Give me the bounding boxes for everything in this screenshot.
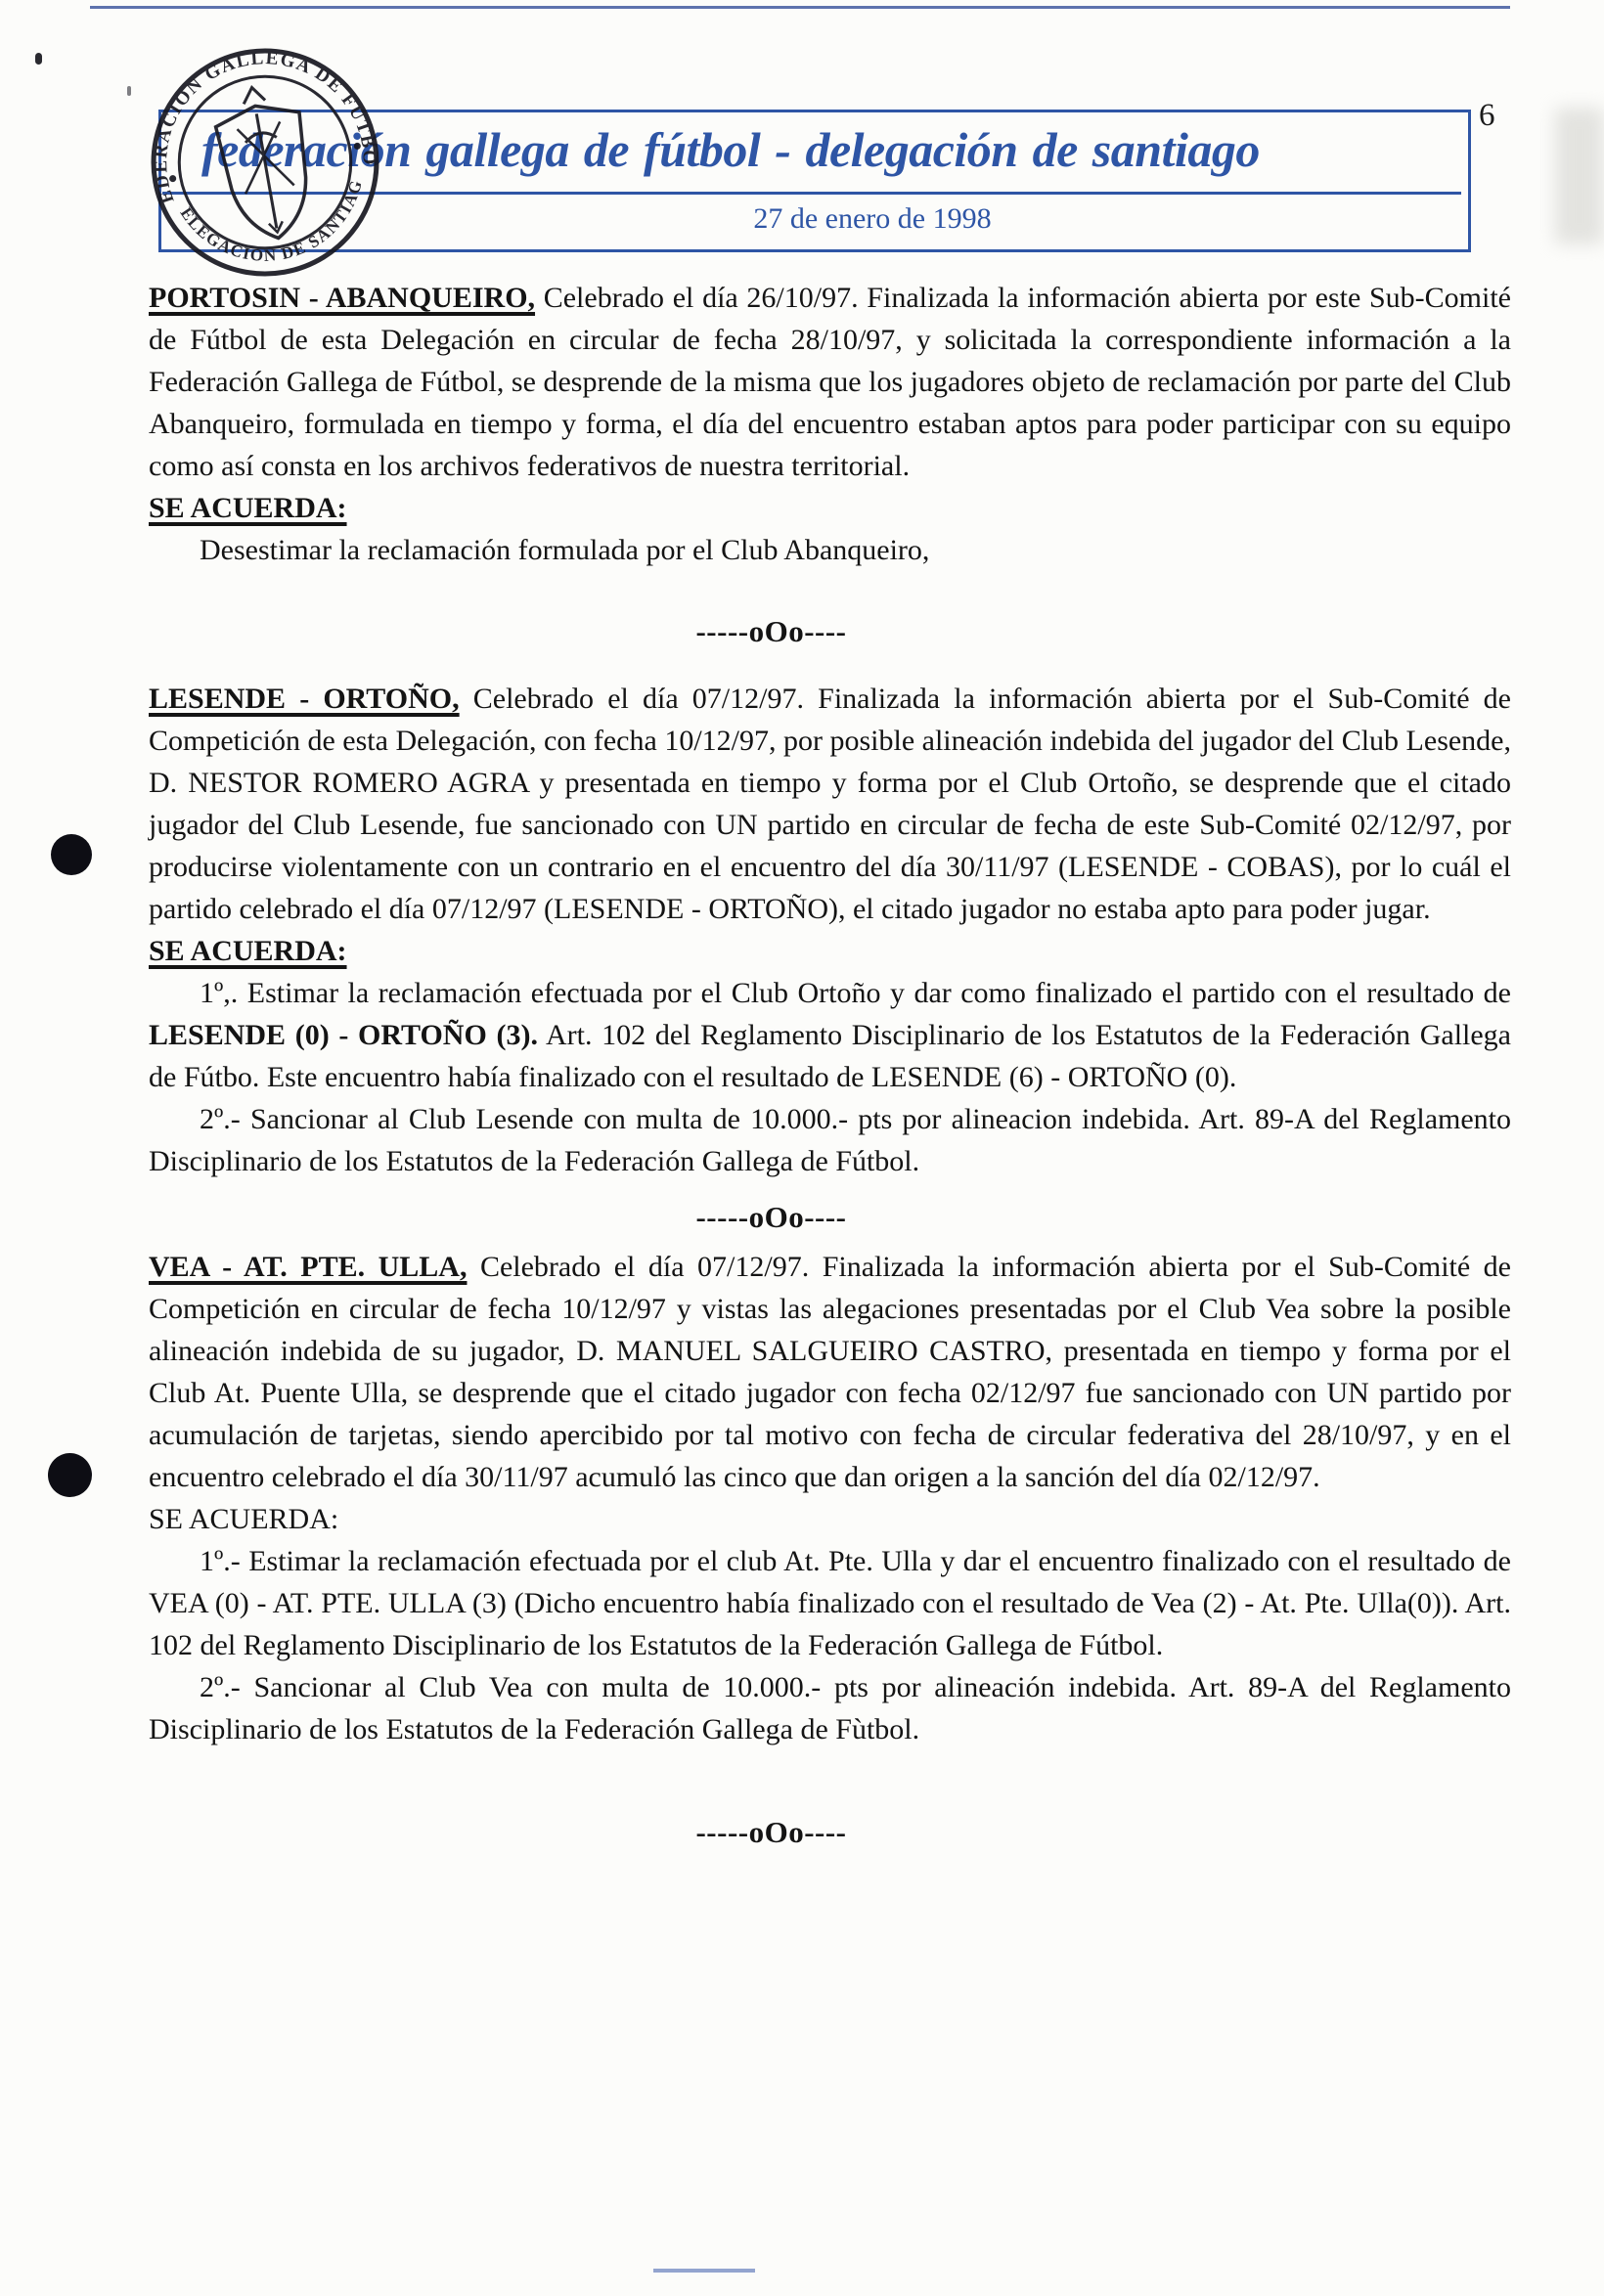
seal-shield-icon <box>210 80 321 245</box>
hole-punch-mark <box>48 1453 92 1497</box>
ooo-separator: -----oOo---- <box>695 1811 846 1853</box>
document-body: PORTOSIN - ABANQUEIRO, Celebrado el día … <box>149 277 1511 1878</box>
resolution-text: 1º,. Estimar la reclamación efectuada po… <box>200 977 1511 1009</box>
section-body-text: Celebrado el día 07/12/97. Finalizada la… <box>149 683 1511 925</box>
match-result-bold: LESENDE (0) - ORTOÑO (3). <box>149 1019 538 1051</box>
section-paragraph: PORTOSIN - ABANQUEIRO, Celebrado el día … <box>149 277 1511 487</box>
section-paragraph: VEA - AT. PTE. ULLA, Celebrado el día 07… <box>149 1246 1511 1498</box>
se-acuerda-line: SE ACUERDA: <box>149 487 1511 529</box>
section-body-text: Celebrado el día 07/12/97. Finalizada la… <box>149 1251 1511 1493</box>
header-date: 27 de enero de 1998 <box>219 199 1526 240</box>
section-paragraph: LESENDE - ORTOÑO, Celebrado el día 07/12… <box>149 678 1511 930</box>
ink-speck <box>35 53 42 65</box>
document-page: federación gallega de fútbol - delegació… <box>0 0 1604 2296</box>
se-acuerda-line: SE ACUERDA: <box>149 930 1511 972</box>
scan-top-rule <box>90 6 1510 9</box>
federation-seal: FEDERACION GALLEGA DE FUTBOL DELEGACION … <box>147 44 383 281</box>
section-heading: VEA - AT. PTE. ULLA, <box>149 1251 467 1283</box>
se-acuerda-label: SE ACUERDA: <box>149 935 347 967</box>
scan-bottom-mark <box>653 2269 755 2273</box>
page-number: 6 <box>1479 98 1495 134</box>
ooo-separator: -----oOo---- <box>695 610 846 652</box>
resolution-item: 1º,. Estimar la reclamación efectuada po… <box>149 972 1511 1098</box>
resolution-item: Desestimar la reclamación formulada por … <box>149 529 1511 571</box>
scan-edge-smudge <box>1555 108 1604 244</box>
resolution-item: 2º.- Sancionar al Club Vea con multa de … <box>149 1666 1511 1750</box>
se-acuerda-label: SE ACUERDA: <box>149 1503 338 1535</box>
hole-punch-mark <box>51 834 92 875</box>
section-heading: LESENDE - ORTOÑO, <box>149 683 460 715</box>
resolution-item: 2º.- Sancionar al Club Lesende con multa… <box>149 1098 1511 1182</box>
resolution-item: 1º.- Estimar la reclamación efectuada po… <box>149 1540 1511 1666</box>
se-acuerda-line: SE ACUERDA: <box>149 1498 1511 1540</box>
se-acuerda-label: SE ACUERDA: <box>149 492 347 524</box>
ooo-separator: -----oOo---- <box>695 1196 846 1238</box>
ink-speck <box>127 86 131 96</box>
section-heading: PORTOSIN - ABANQUEIRO, <box>149 282 535 314</box>
